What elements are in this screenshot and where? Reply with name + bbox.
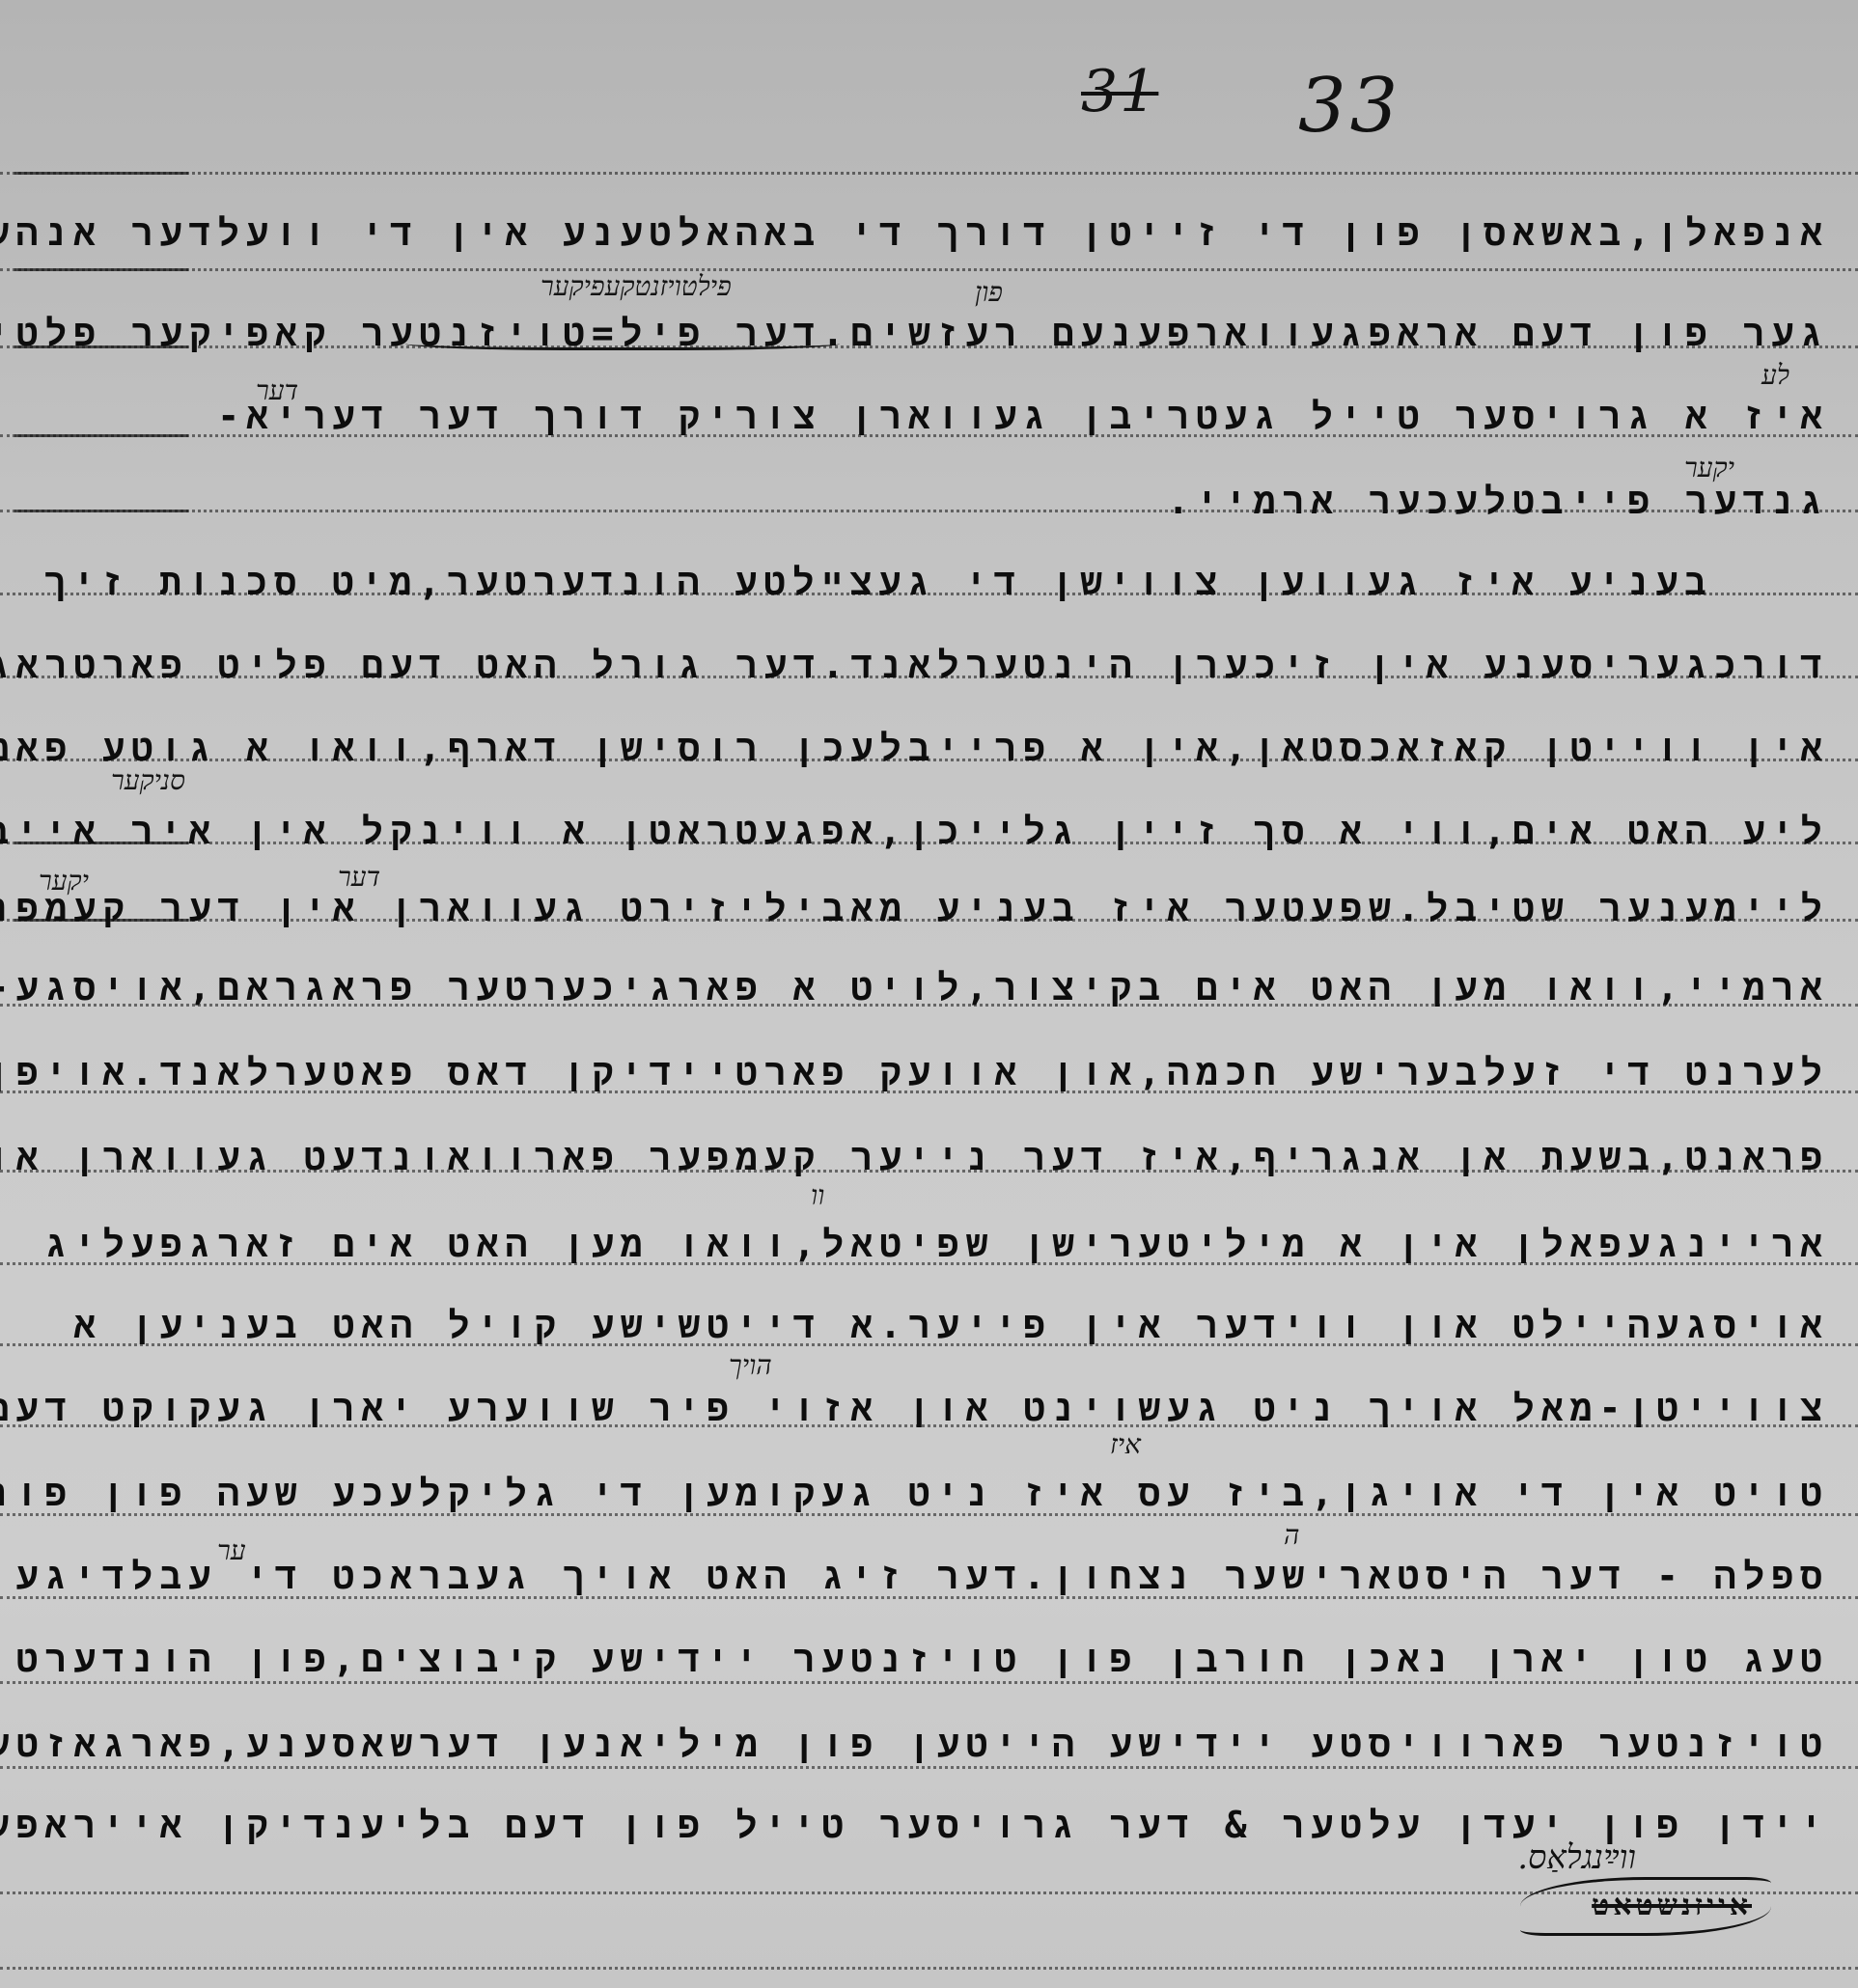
typed-line-6: דורכגעריסענע אין זיכערן הינטערלאנד.דער ג… <box>0 647 1829 683</box>
typed-line-1: אנפאלן,באשאסן פון די זייטן דורך די באהאל… <box>0 214 1829 251</box>
handwritten-note: דער <box>338 861 380 894</box>
manuscript-page: 31 33 אנפאלן,באשאסן פון די זייטן דורך די… <box>0 0 1858 1988</box>
typed-line-10: ארמיי,וואו מען האט אים בקיצור,לויט א פאר… <box>0 969 1829 1006</box>
typed-line-13: אריינגעפאלן אין א מיליטערישן שפיטאל,וואו… <box>45 1226 1830 1262</box>
handwritten-signature: ווײַנגלאַס. <box>1517 1838 1636 1877</box>
typed-line-3: איז א גרויסער טייל געטריבן געווארן צוריק… <box>217 398 1829 434</box>
handwritten-note: לע <box>1761 359 1789 392</box>
handwritten-note: הויך <box>729 1349 772 1382</box>
handwritten-note: ער <box>217 1534 246 1567</box>
ruled-line <box>0 1967 1858 1970</box>
typed-line-4: גנדער פייבטלעכער ארמיי. <box>1167 483 1829 519</box>
signature-block: ווײַנגלאַס. אייזנשטאט <box>1443 1838 1752 1964</box>
typed-line-2: גער פון דעם אראפגעווארפענעם רעזשים.דער פ… <box>0 315 1829 351</box>
typed-line-5: בעניע איז געווען צווישן די געצײלטע הונדע… <box>44 564 1713 600</box>
typed-line-14: אויסגעהיילט און ווידער אין פייער.א דייטש… <box>73 1307 1829 1343</box>
ruled-line <box>0 268 1858 271</box>
page-number-current: 33 <box>1298 63 1401 150</box>
typed-line-17: ספלה - דער היסטארישער נצחון.דער זיג האט … <box>15 1558 1829 1594</box>
handwritten-note: פילטויזנטקעפיקער <box>541 270 732 303</box>
typed-line-8: ליע האט אים,ווי א סך זיין גלייכן,אפגעטרא… <box>0 813 1829 849</box>
typed-line-16: טויט אין די אויגן,ביז עס איז ניט געקומען… <box>0 1475 1829 1511</box>
ruled-line <box>0 1681 1858 1684</box>
typed-line-9: ליימענער שטיבל.שפעטער איז בעניע מאביליזי… <box>0 890 1829 926</box>
typed-line-18: טעג טון יארן נאכן חורבן פון טויזנטער ייד… <box>16 1641 1829 1677</box>
typed-line-15: צווייטן-מאל אויך ניט געשוינט און אזוי פי… <box>0 1390 1829 1426</box>
handwritten-note: איז <box>1110 1428 1141 1461</box>
handwritten-note: יקער <box>1684 452 1734 484</box>
handwritten-note: סניקער <box>111 764 185 797</box>
handwritten-underline <box>405 334 840 350</box>
handwritten-note: פון <box>975 276 1003 309</box>
typed-line-7: אין ווייטן קאזאכסטאן,אין א פרייבלעכן רוס… <box>0 730 1829 766</box>
signature-scribble <box>1520 1877 1771 1936</box>
page-number: 31 33 <box>1062 39 1409 154</box>
typed-line-11: לערנט די זעלבערישע חכמה,און אוועק פארטיי… <box>0 1054 1829 1091</box>
typed-line-19: טויזנטער פארוויסטע יידישע הייטען פון מיל… <box>0 1726 1829 1762</box>
handwritten-note: יקער <box>39 865 89 897</box>
handwritten-note: וו <box>811 1179 824 1212</box>
ruled-line <box>0 1766 1858 1769</box>
page-number-crossed-out: 31 <box>1081 58 1158 125</box>
handwritten-note: דער <box>256 374 298 407</box>
typed-line-12: פראנט,בשעת אן אנגריף,איז דער נייער קעמפע… <box>0 1139 1829 1175</box>
handwritten-note: ה <box>1284 1519 1299 1552</box>
ruled-line <box>0 172 1858 175</box>
